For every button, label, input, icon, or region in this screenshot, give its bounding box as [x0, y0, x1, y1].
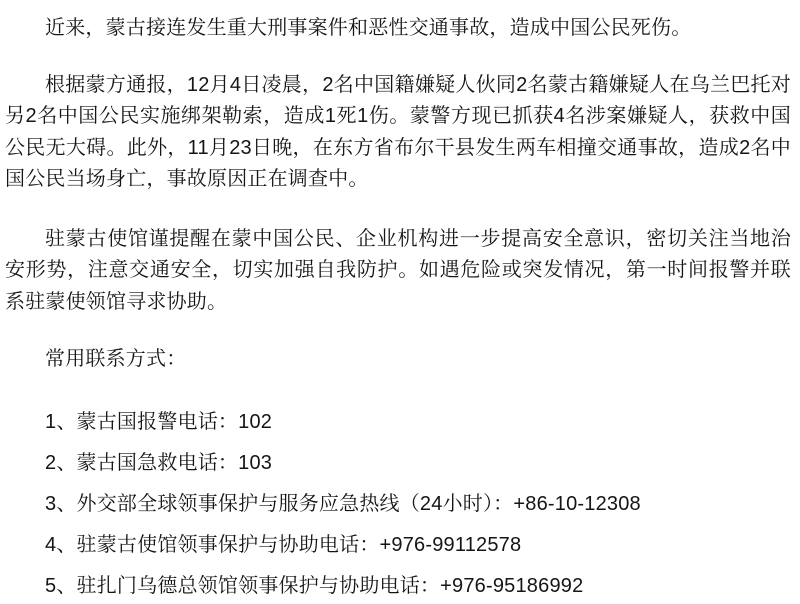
notice-article: 近来，蒙古接连发生重大刑事案件和恶性交通事故，造成中国公民死伤。 根据蒙方通报，…	[0, 0, 800, 604]
contact-item-mfa-hotline: 3、外交部全球领事保护与服务应急热线（24小时）：+86-10-12308	[5, 489, 791, 521]
contact-list-heading: 常用联系方式：	[5, 344, 791, 376]
paragraph-intro: 近来，蒙古接连发生重大刑事案件和恶性交通事故，造成中国公民死伤。	[5, 13, 791, 45]
page: 近来，蒙古接连发生重大刑事案件和恶性交通事故，造成中国公民死伤。 根据蒙方通报，…	[0, 0, 800, 604]
paragraph-incident-report: 根据蒙方通报，12月4日凌晨，2名中国籍嫌疑人伙同2名蒙古籍嫌疑人在乌兰巴托对另…	[5, 70, 791, 196]
contact-item-ambulance: 2、蒙古国急救电话：103	[5, 448, 791, 480]
paragraph-safety-reminder: 驻蒙古使馆谨提醒在蒙中国公民、企业机构进一步提高安全意识，密切关注当地治安形势，…	[5, 224, 791, 319]
contact-item-consulate-phone: 5、驻扎门乌德总领馆领事保护与协助电话：+976-95186992	[5, 571, 791, 603]
contact-item-police: 1、蒙古国报警电话：102	[5, 407, 791, 439]
contact-list: 1、蒙古国报警电话：102 2、蒙古国急救电话：103 3、外交部全球领事保护与…	[5, 407, 791, 603]
contact-item-embassy-phone: 4、驻蒙古使馆领事保护与协助电话：+976-99112578	[5, 530, 791, 562]
